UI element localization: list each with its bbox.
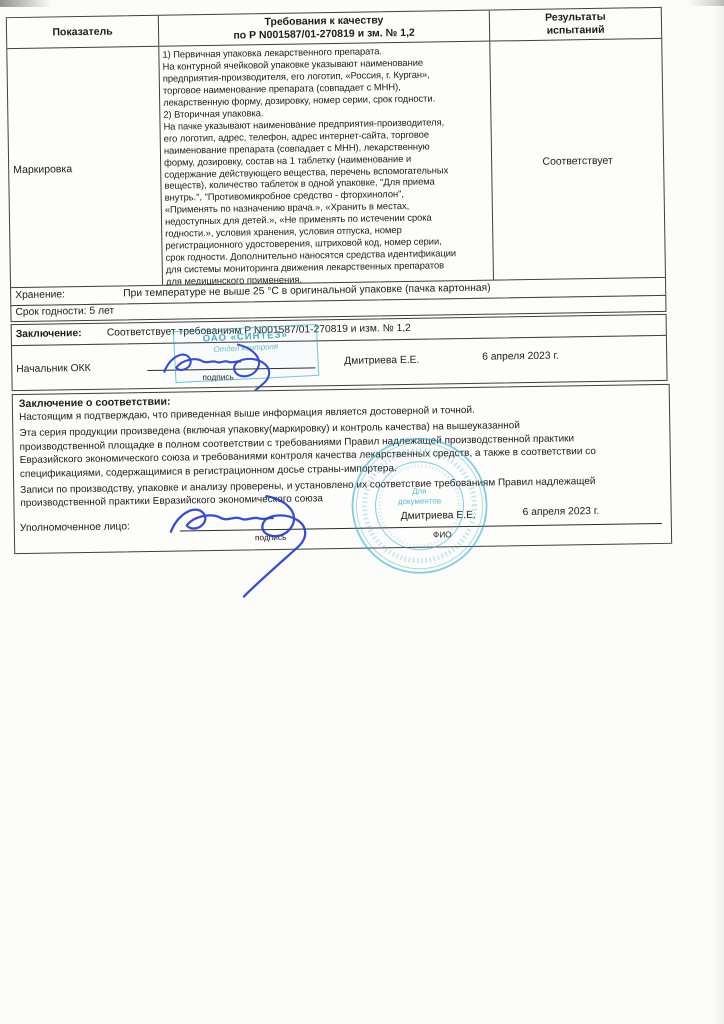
okk-title: Начальник ОКК xyxy=(16,363,90,375)
header-indicator-text: Показатель xyxy=(52,25,112,39)
header-results-line1: Результаты xyxy=(545,11,606,25)
conclusion-label: Заключение: xyxy=(16,328,82,340)
header-requirements-line2: по Р N001587/01-270819 и зм. № 1,2 xyxy=(233,27,415,43)
authorized-date: 6 апреля 2023 г. xyxy=(523,506,600,518)
okk-date: 6 апреля 2023 г. xyxy=(482,351,559,363)
quality-table: Показатель Требования к качеству по Р N0… xyxy=(6,7,666,291)
marking-result-cell: Соответствует xyxy=(490,39,665,283)
scan-smudge-top-left xyxy=(0,0,52,7)
authorized-person-label: Уполномоченное лицо: xyxy=(20,521,130,534)
marking-requirements-cell: 1) Первичная упаковка лекарственного пре… xyxy=(159,42,494,288)
header-indicator: Показатель xyxy=(7,16,159,48)
compliance-para2: Эта серия продукции произведена (включая… xyxy=(19,417,664,481)
shelf-life-text: Срок годности: 5 лет xyxy=(15,306,114,319)
header-results-line2: испытаний xyxy=(547,24,605,38)
header-results: Результаты испытаний xyxy=(490,8,661,41)
round-stamp-center-text: Для документов xyxy=(348,486,490,507)
storage-label: Хранение: xyxy=(15,289,65,301)
compliance-block: Заключение о соответствии: Настоящим я п… xyxy=(12,384,672,554)
header-requirements: Требования к качеству по Р N001587/01-27… xyxy=(159,11,490,46)
table-row-marking: Маркировка 1) Первичная упаковка лекарст… xyxy=(7,39,665,290)
marking-indicator-cell: Маркировка xyxy=(7,47,163,290)
document-content: Показатель Требования к качеству по Р N0… xyxy=(6,7,673,577)
marking-indicator-text: Маркировка xyxy=(13,163,72,176)
authorized-signature-ink xyxy=(154,485,366,598)
scan-edge-shadow xyxy=(714,0,724,1024)
scanned-document-page: Показатель Требования к качеству по Р N0… xyxy=(0,0,724,1024)
okk-name: Дмитриева Е.Е. xyxy=(344,355,419,367)
okk-signature-row: Начальник ОКК подпись ОАО «СИНТЕЗ» Отдел… xyxy=(11,335,668,391)
marking-result-text: Соответствует xyxy=(542,154,613,167)
round-document-stamp: Для документов xyxy=(347,434,491,578)
storage-value: При температуре не выше 25 °С в оригинал… xyxy=(123,283,491,300)
